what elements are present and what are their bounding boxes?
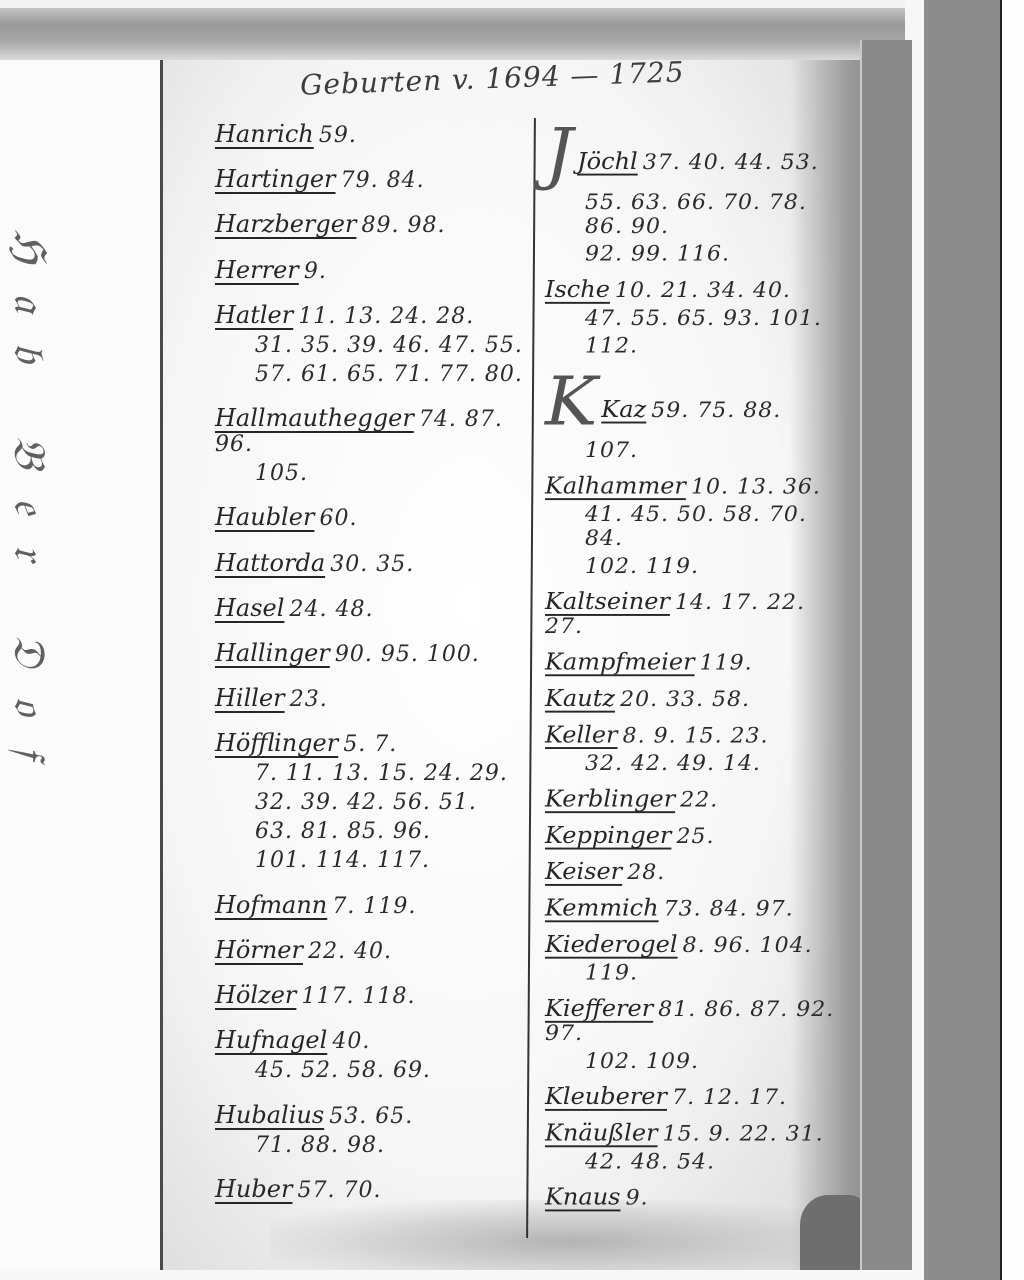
facing-page-margin: ℌ𝔞𝔟 𝔅𝔢𝔯 𝔇𝔬𝔣 <box>0 60 163 1270</box>
surname: Hattorda <box>215 549 325 577</box>
index-entry: Hörner 22. 40. <box>215 936 525 964</box>
page-numbers: 37. 40. 44. 53. <box>643 151 819 175</box>
decorative-initial: J <box>545 120 573 187</box>
page-numbers: 89. 98. <box>362 213 446 238</box>
page-numbers: 22. <box>680 788 718 812</box>
surname: Hölzer <box>215 981 296 1009</box>
surname: Keppinger <box>545 822 671 849</box>
index-entry: Huber 57. 70. <box>215 1175 525 1203</box>
page-numbers: 60. <box>320 506 358 531</box>
surname: Hartinger <box>215 165 336 193</box>
page-numbers: 20. 33. 58. <box>620 688 750 712</box>
page-numbers: 10. 13. 36. <box>691 475 821 499</box>
surname: Kalhammer <box>545 472 686 499</box>
page-numbers: 117. 118. <box>301 984 415 1009</box>
surname: Keiser <box>545 858 622 885</box>
page-numbers-continued: 42. 48. 54. <box>545 1150 845 1174</box>
surname: Hiller <box>215 684 285 712</box>
surname: Kautz <box>545 685 615 712</box>
index-entry: Hiller 23. <box>215 684 525 712</box>
surname: Hufnagel <box>215 1026 327 1054</box>
page-numbers: 119. <box>700 651 753 675</box>
page-numbers: 9. <box>304 259 327 284</box>
page-numbers-continued: 7. 11. 13. 15. 24. 29. <box>215 761 525 786</box>
page-numbers-continued: 55. 63. 66. 70. 78. 86. 90. <box>545 191 845 239</box>
surname: Knäußler <box>545 1119 658 1146</box>
page-numbers: 40. <box>332 1029 370 1054</box>
index-entry: Keller 8. 9. 15. 23.32. 42. 49. 14. <box>545 721 845 776</box>
page-numbers-continued: 71. 88. 98. <box>215 1133 525 1158</box>
page-numbers: 11. 13. 24. 28. <box>298 304 474 329</box>
page-numbers-continued: 45. 52. 58. 69. <box>215 1058 525 1083</box>
index-entry: Hanrich 59. <box>215 120 525 148</box>
page-numbers: 59. <box>319 123 357 148</box>
page-numbers: 22. 40. <box>308 939 392 964</box>
index-entry: Knaus 9. <box>545 1184 845 1211</box>
index-entry: Hölzer 117. 118. <box>215 981 525 1009</box>
surname: Hallinger <box>215 639 330 667</box>
index-entry: Hatler 11. 13. 24. 28.31. 35. 39. 46. 47… <box>215 301 525 387</box>
surname: Knaus <box>545 1184 620 1211</box>
surname: Haubler <box>215 503 314 531</box>
index-entry: JJöchl 37. 40. 44. 53.55. 63. 66. 70. 78… <box>545 120 845 266</box>
page-numbers: 30. 35. <box>330 552 414 577</box>
index-entry: Keiser 28. <box>545 858 845 885</box>
surname: Ische <box>545 276 610 303</box>
index-entry: Kautz 20. 33. 58. <box>545 685 845 712</box>
page-numbers: 10. 21. 34. 40. <box>615 279 791 303</box>
surname: Hallmauthegger <box>215 404 414 432</box>
page-numbers: 7. 119. <box>332 894 416 919</box>
surname: Kemmich <box>545 894 659 921</box>
index-entry: Kerblinger 22. <box>545 785 845 812</box>
index-entry: Hallmauthegger 74. 87. 96.105. <box>215 404 525 486</box>
page-numbers: 23. <box>290 687 328 712</box>
surname: Kaltseiner <box>545 588 670 615</box>
page-numbers-continued: 57. 61. 65. 71. 77. 80. <box>215 362 525 387</box>
index-entry: Hofmann 7. 119. <box>215 891 525 919</box>
page-numbers-continued: 47. 55. 65. 93. 101. <box>545 307 845 331</box>
surname: Kiefferer <box>545 995 653 1022</box>
page-numbers-continued: 32. 42. 49. 14. <box>545 752 845 776</box>
surname: Hörner <box>215 936 303 964</box>
page-numbers: 57. 70. <box>298 1178 382 1203</box>
index-entry: Hallinger 90. 95. 100. <box>215 639 525 667</box>
binding-edge <box>912 0 924 1280</box>
top-strip <box>0 0 905 8</box>
surname: Hanrich <box>215 120 314 148</box>
surname: Kleuberer <box>545 1083 667 1110</box>
index-entry: Hartinger 79. 84. <box>215 165 525 193</box>
index-entry: Hattorda 30. 35. <box>215 549 525 577</box>
surname: Huber <box>215 1175 292 1203</box>
facing-page-handwriting: ℌ𝔞𝔟 𝔅𝔢𝔯 𝔇𝔬𝔣 <box>0 230 55 1280</box>
page-numbers: 53. 65. <box>329 1104 413 1129</box>
page-numbers-continued: 41. 45. 50. 58. 70. 84. <box>545 503 845 551</box>
decorative-initial: K <box>545 368 597 435</box>
index-entry: Kaltseiner 14. 17. 22. 27. <box>545 588 845 639</box>
index-entry: Haubler 60. <box>215 503 525 531</box>
page-numbers-continued: 31. 35. 39. 46. 47. 55. <box>215 333 525 358</box>
index-column-left: Hanrich 59.Hartinger 79. 84.Harzberger 8… <box>215 120 525 1220</box>
index-entry: Harzberger 89. 98. <box>215 210 525 238</box>
surname: Hofmann <box>215 891 327 919</box>
page-numbers: 8. 96. 104. <box>683 934 813 958</box>
scanner-border <box>924 0 1000 1280</box>
index-entry: Hasel 24. 48. <box>215 594 525 622</box>
index-entry: Kleuberer 7. 12. 17. <box>545 1083 845 1110</box>
surname: Keller <box>545 721 618 748</box>
surname: Harzberger <box>215 210 356 238</box>
page-numbers: 15. 9. 22. 31. <box>663 1122 824 1146</box>
page-numbers-continued: 102. 119. <box>545 555 845 579</box>
page-numbers: 90. 95. 100. <box>335 642 480 667</box>
page-numbers: 8. 9. 15. 23. <box>623 724 769 748</box>
surname: Jöchl <box>577 148 638 175</box>
index-entry: Kiefferer 81. 86. 87. 92. 97.102. 109. <box>545 995 845 1074</box>
page-numbers-continued: 105. <box>215 461 525 486</box>
index-entry: Knäußler 15. 9. 22. 31.42. 48. 54. <box>545 1119 845 1174</box>
page-numbers: 79. 84. <box>341 168 425 193</box>
index-entry: Herrer 9. <box>215 256 525 284</box>
page-numbers-continued: 102. 109. <box>545 1050 845 1074</box>
surname: Herrer <box>215 256 299 284</box>
page-numbers: 5. 7. <box>343 732 397 757</box>
page-numbers: 25. <box>676 825 714 849</box>
index-entry: Kampfmeier 119. <box>545 648 845 675</box>
page-numbers-continued: 63. 81. 85. 96. <box>215 819 525 844</box>
surname: Kerblinger <box>545 785 675 812</box>
page-numbers: 24. 48. <box>290 597 374 622</box>
page-numbers: 59. 75. 88. <box>651 399 781 423</box>
index-entry: Keppinger 25. <box>545 822 845 849</box>
surname: Hubalius <box>215 1101 324 1129</box>
page-numbers: 73. 84. 97. <box>664 897 794 921</box>
page-numbers: 28. <box>627 861 665 885</box>
index-entry: Kemmich 73. 84. 97. <box>545 894 845 921</box>
page-numbers-continued: 107. <box>545 439 845 463</box>
page-numbers: 7. 12. 17. <box>672 1086 787 1110</box>
surname: Hatler <box>215 301 293 329</box>
page-numbers-continued: 92. 99. 116. <box>545 243 845 267</box>
surname: Kampfmeier <box>545 648 695 675</box>
page-numbers: 9. <box>626 1186 649 1210</box>
scanner-edge <box>1000 0 1024 1280</box>
index-column-right: JJöchl 37. 40. 44. 53.55. 63. 66. 70. 78… <box>545 120 845 1220</box>
page-numbers-continued: 32. 39. 42. 56. 51. <box>215 790 525 815</box>
index-entry: Höfflinger 5. 7.7. 11. 13. 15. 24. 29.32… <box>215 729 525 873</box>
index-entry: Hubalius 53. 65.71. 88. 98. <box>215 1101 525 1158</box>
index-entry: Ische 10. 21. 34. 40.47. 55. 65. 93. 101… <box>545 276 845 358</box>
index-entry: Kalhammer 10. 13. 36.41. 45. 50. 58. 70.… <box>545 472 845 578</box>
page-numbers-continued: 101. 114. 117. <box>215 848 525 873</box>
surname: Kiederogel <box>545 931 678 958</box>
index-entry: KKaz 59. 75. 88.107. <box>545 368 845 463</box>
index-entry: Hufnagel 40.45. 52. 58. 69. <box>215 1026 525 1083</box>
book-binding <box>860 40 912 1270</box>
surname: Kaz <box>601 396 646 423</box>
surname: Hasel <box>215 594 284 622</box>
page-numbers-continued: 112. <box>545 334 845 358</box>
surname: Höfflinger <box>215 729 338 757</box>
index-entry: Kiederogel 8. 96. 104.119. <box>545 931 845 986</box>
page-numbers-continued: 119. <box>545 962 845 986</box>
